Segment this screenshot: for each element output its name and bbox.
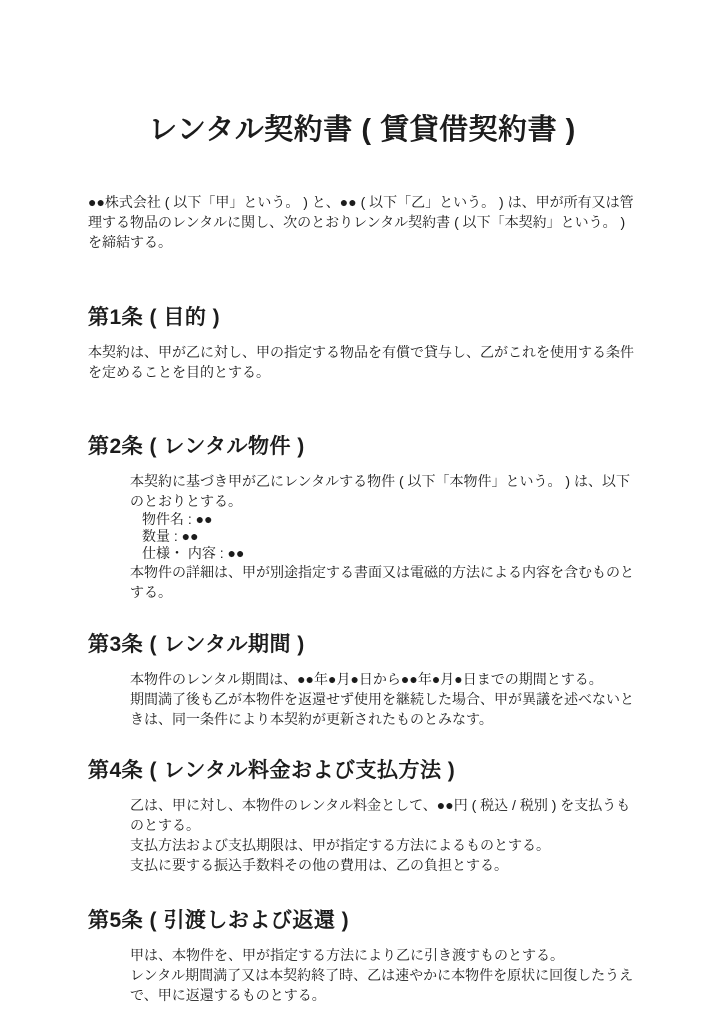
article-2-rental-item: 第2条 ( レンタル物件 ) 本契約に基づき甲が乙にレンタルする物件 ( 以下「…: [88, 432, 636, 602]
article-2-tail-paragraph: 本物件の詳細は、甲が別途指定する書面又は電磁的方法による内容を含むものとする。: [130, 562, 636, 602]
rental-item-quantity-line: 数量 : ●●: [142, 528, 636, 545]
rental-item-spec-line: 仕様・ 内容 : ●●: [142, 545, 636, 562]
page-title: レンタル契約書 ( 賃貸借契約書 ): [88, 112, 636, 148]
article-3-body: 本物件のレンタル期間は、●●年●月●日から●●年●月●日までの期間とする。 期間…: [130, 669, 636, 729]
article-4-paragraph-1: 乙は、甲に対し、本物件のレンタル料金として、●●円 ( 税込 / 税別 ) を支…: [130, 795, 636, 835]
rental-item-name-line: 物件名 : ●●: [142, 511, 636, 528]
preamble-text: ●●株式会社 ( 以下「甲」という。 ) と、●● ( 以下「乙」という。 ) …: [88, 192, 636, 252]
article-5-paragraph-1: 甲は、本物件を、甲が指定する方法により乙に引き渡すものとする。: [130, 945, 636, 965]
article-5-paragraph-2: レンタル期間満了又は本契約終了時、乙は速やかに本物件を原状に回復したうえで、甲に…: [130, 965, 636, 1005]
article-2-body: 本契約に基づき甲が乙にレンタルする物件 ( 以下「本物件」という。 ) は、以下…: [130, 471, 636, 602]
article-3-paragraph-1: 本物件のレンタル期間は、●●年●月●日から●●年●月●日までの期間とする。: [130, 669, 636, 689]
article-4-paragraph-2: 支払方法および支払期限は、甲が指定する方法によるものとする。: [130, 835, 636, 855]
article-1-paragraph-1: 本契約は、甲が乙に対し、甲の指定する物品を有償で貸与し、乙がこれを使用する条件を…: [88, 342, 636, 382]
article-4-fees-payment: 第4条 ( レンタル料金および支払方法 ) 乙は、甲に対し、本物件のレンタル料金…: [88, 756, 636, 875]
article-3-rental-period: 第3条 ( レンタル期間 ) 本物件のレンタル期間は、●●年●月●日から●●年●…: [88, 630, 636, 729]
article-4-paragraph-3: 支払に要する振込手数料その他の費用は、乙の負担とする。: [130, 855, 636, 875]
article-5-delivery-return: 第5条 ( 引渡しおよび返還 ) 甲は、本物件を、甲が指定する方法により乙に引き…: [88, 906, 636, 1005]
article-4-heading: 第4条 ( レンタル料金および支払方法 ): [88, 756, 636, 786]
article-5-heading: 第5条 ( 引渡しおよび返還 ): [88, 906, 636, 936]
article-3-paragraph-2: 期間満了後も乙が本物件を返還せず使用を継続した場合、甲が異議を述べないときは、同…: [130, 689, 636, 729]
article-2-lead-paragraph: 本契約に基づき甲が乙にレンタルする物件 ( 以下「本物件」という。 ) は、以下…: [130, 471, 636, 511]
rental-item-list: 物件名 : ●● 数量 : ●● 仕様・ 内容 : ●●: [142, 511, 636, 562]
article-4-body: 乙は、甲に対し、本物件のレンタル料金として、●●円 ( 税込 / 税別 ) を支…: [130, 795, 636, 875]
article-5-body: 甲は、本物件を、甲が指定する方法により乙に引き渡すものとする。 レンタル期間満了…: [130, 945, 636, 1005]
article-3-heading: 第3条 ( レンタル期間 ): [88, 630, 636, 660]
contract-document-page: レンタル契約書 ( 賃貸借契約書 ) ●●株式会社 ( 以下「甲」という。 ) …: [0, 0, 724, 1024]
article-2-heading: 第2条 ( レンタル物件 ): [88, 432, 636, 462]
article-1-heading: 第1条 ( 目的 ): [88, 303, 636, 333]
article-1-purpose: 第1条 ( 目的 ) 本契約は、甲が乙に対し、甲の指定する物品を有償で貸与し、乙…: [88, 303, 636, 382]
